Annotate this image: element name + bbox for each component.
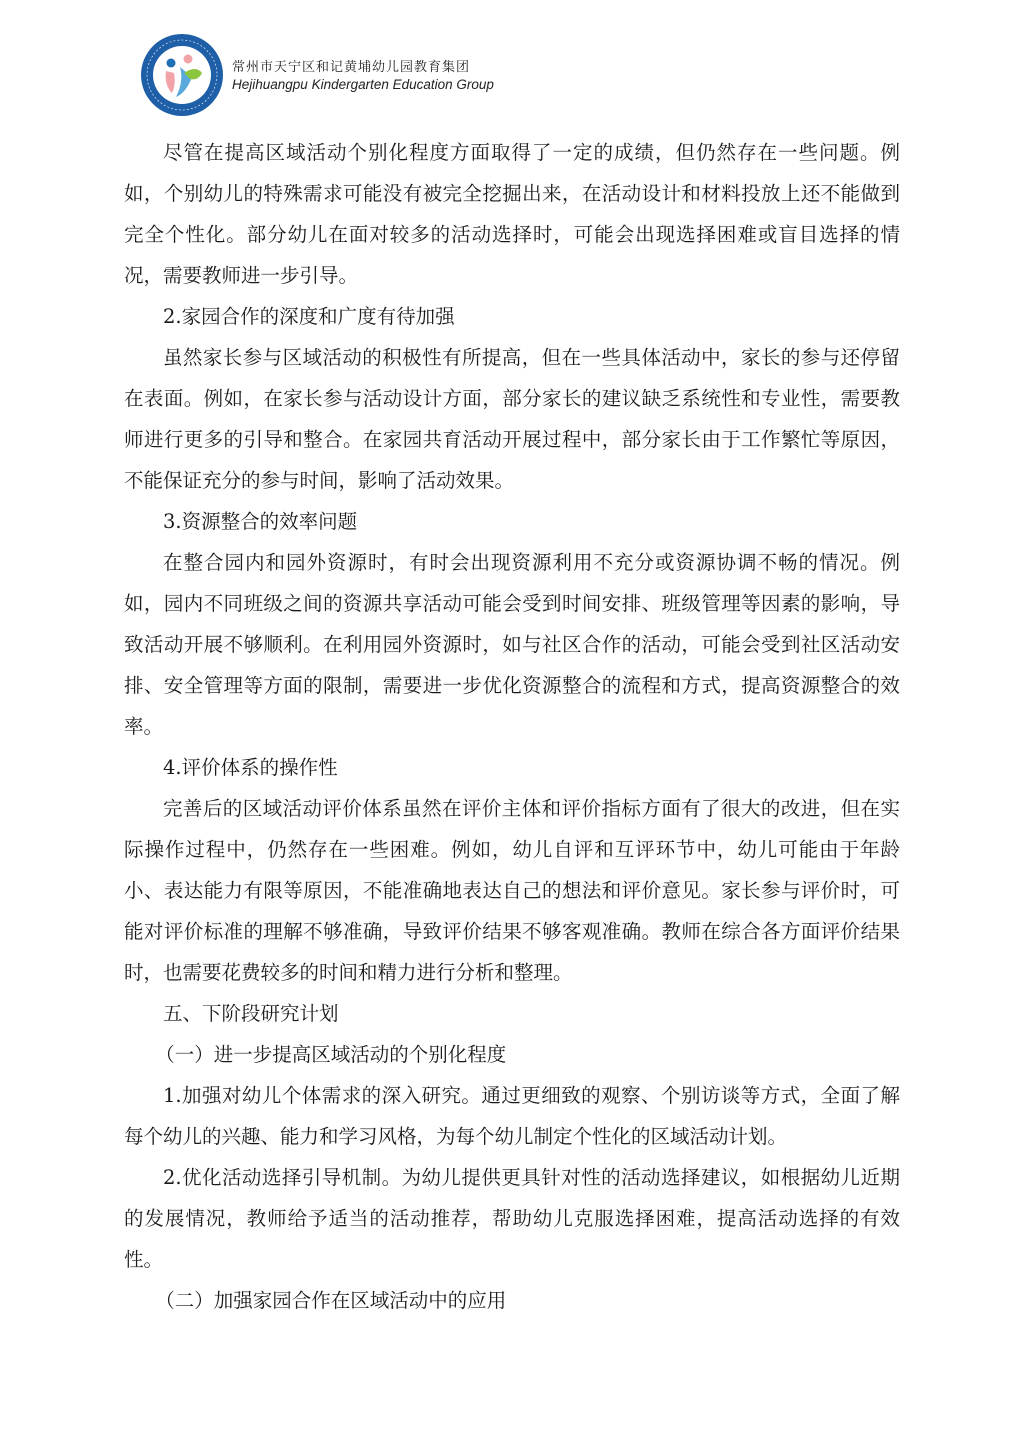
paragraph: 1.加强对幼儿个体需求的深入研究。通过更细致的观察、个别访谈等方式，全面了解每个… bbox=[124, 1075, 900, 1157]
section-heading: 3.资源整合的效率问题 bbox=[124, 501, 900, 542]
paragraph: 在整合园内和园外资源时，有时会出现资源利用不充分或资源协调不畅的情况。例如，园内… bbox=[124, 542, 900, 747]
document-body: 尽管在提高区域活动个别化程度方面取得了一定的成绩，但仍然存在一些问题。例如，个别… bbox=[124, 132, 900, 1321]
section-heading: 4.评价体系的操作性 bbox=[124, 747, 900, 788]
paragraph: 虽然家长参与区域活动的积极性有所提高，但在一些具体活动中，家长的参与还停留在表面… bbox=[124, 337, 900, 501]
org-name-cn: 常州市天宁区和记黄埔幼儿园教育集团 bbox=[232, 59, 494, 76]
org-name-en: Hejihuangpu Kindergarten Education Group bbox=[232, 76, 494, 93]
paragraph: 尽管在提高区域活动个别化程度方面取得了一定的成绩，但仍然存在一些问题。例如，个别… bbox=[124, 132, 900, 296]
paragraph: 2.优化活动选择引导机制。为幼儿提供更具针对性的活动选择建议，如根据幼儿近期的发… bbox=[124, 1157, 900, 1280]
section-heading: 2.家园合作的深度和广度有待加强 bbox=[124, 296, 900, 337]
subsection-heading: （一）进一步提高区域活动的个别化程度 bbox=[124, 1034, 900, 1075]
subsection-heading: （二）加强家园合作在区域活动中的应用 bbox=[124, 1280, 900, 1321]
document-header: 常州市天宁区和记黄埔幼儿园教育集团 Hejihuangpu Kindergart… bbox=[140, 30, 494, 120]
paragraph: 完善后的区域活动评价体系虽然在评价主体和评价指标方面有了很大的改进，但在实际操作… bbox=[124, 788, 900, 993]
chapter-heading: 五、下阶段研究计划 bbox=[124, 993, 900, 1034]
kindergarten-logo-icon bbox=[140, 33, 224, 117]
